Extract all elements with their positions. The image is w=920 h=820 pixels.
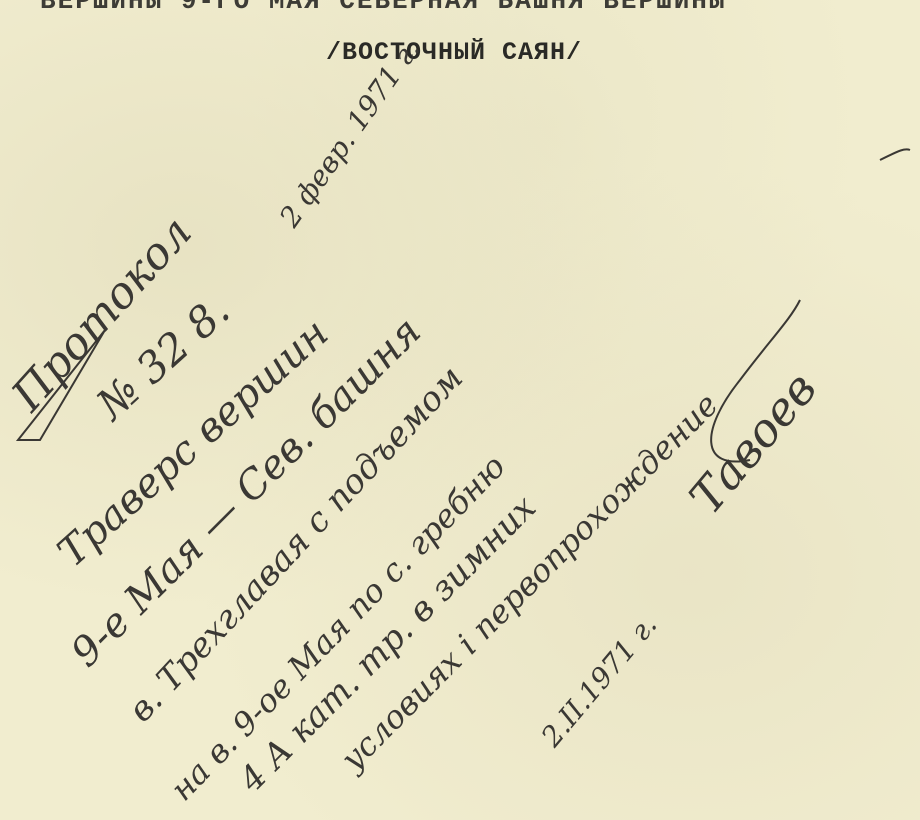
signature-flourish-icon xyxy=(0,0,920,820)
